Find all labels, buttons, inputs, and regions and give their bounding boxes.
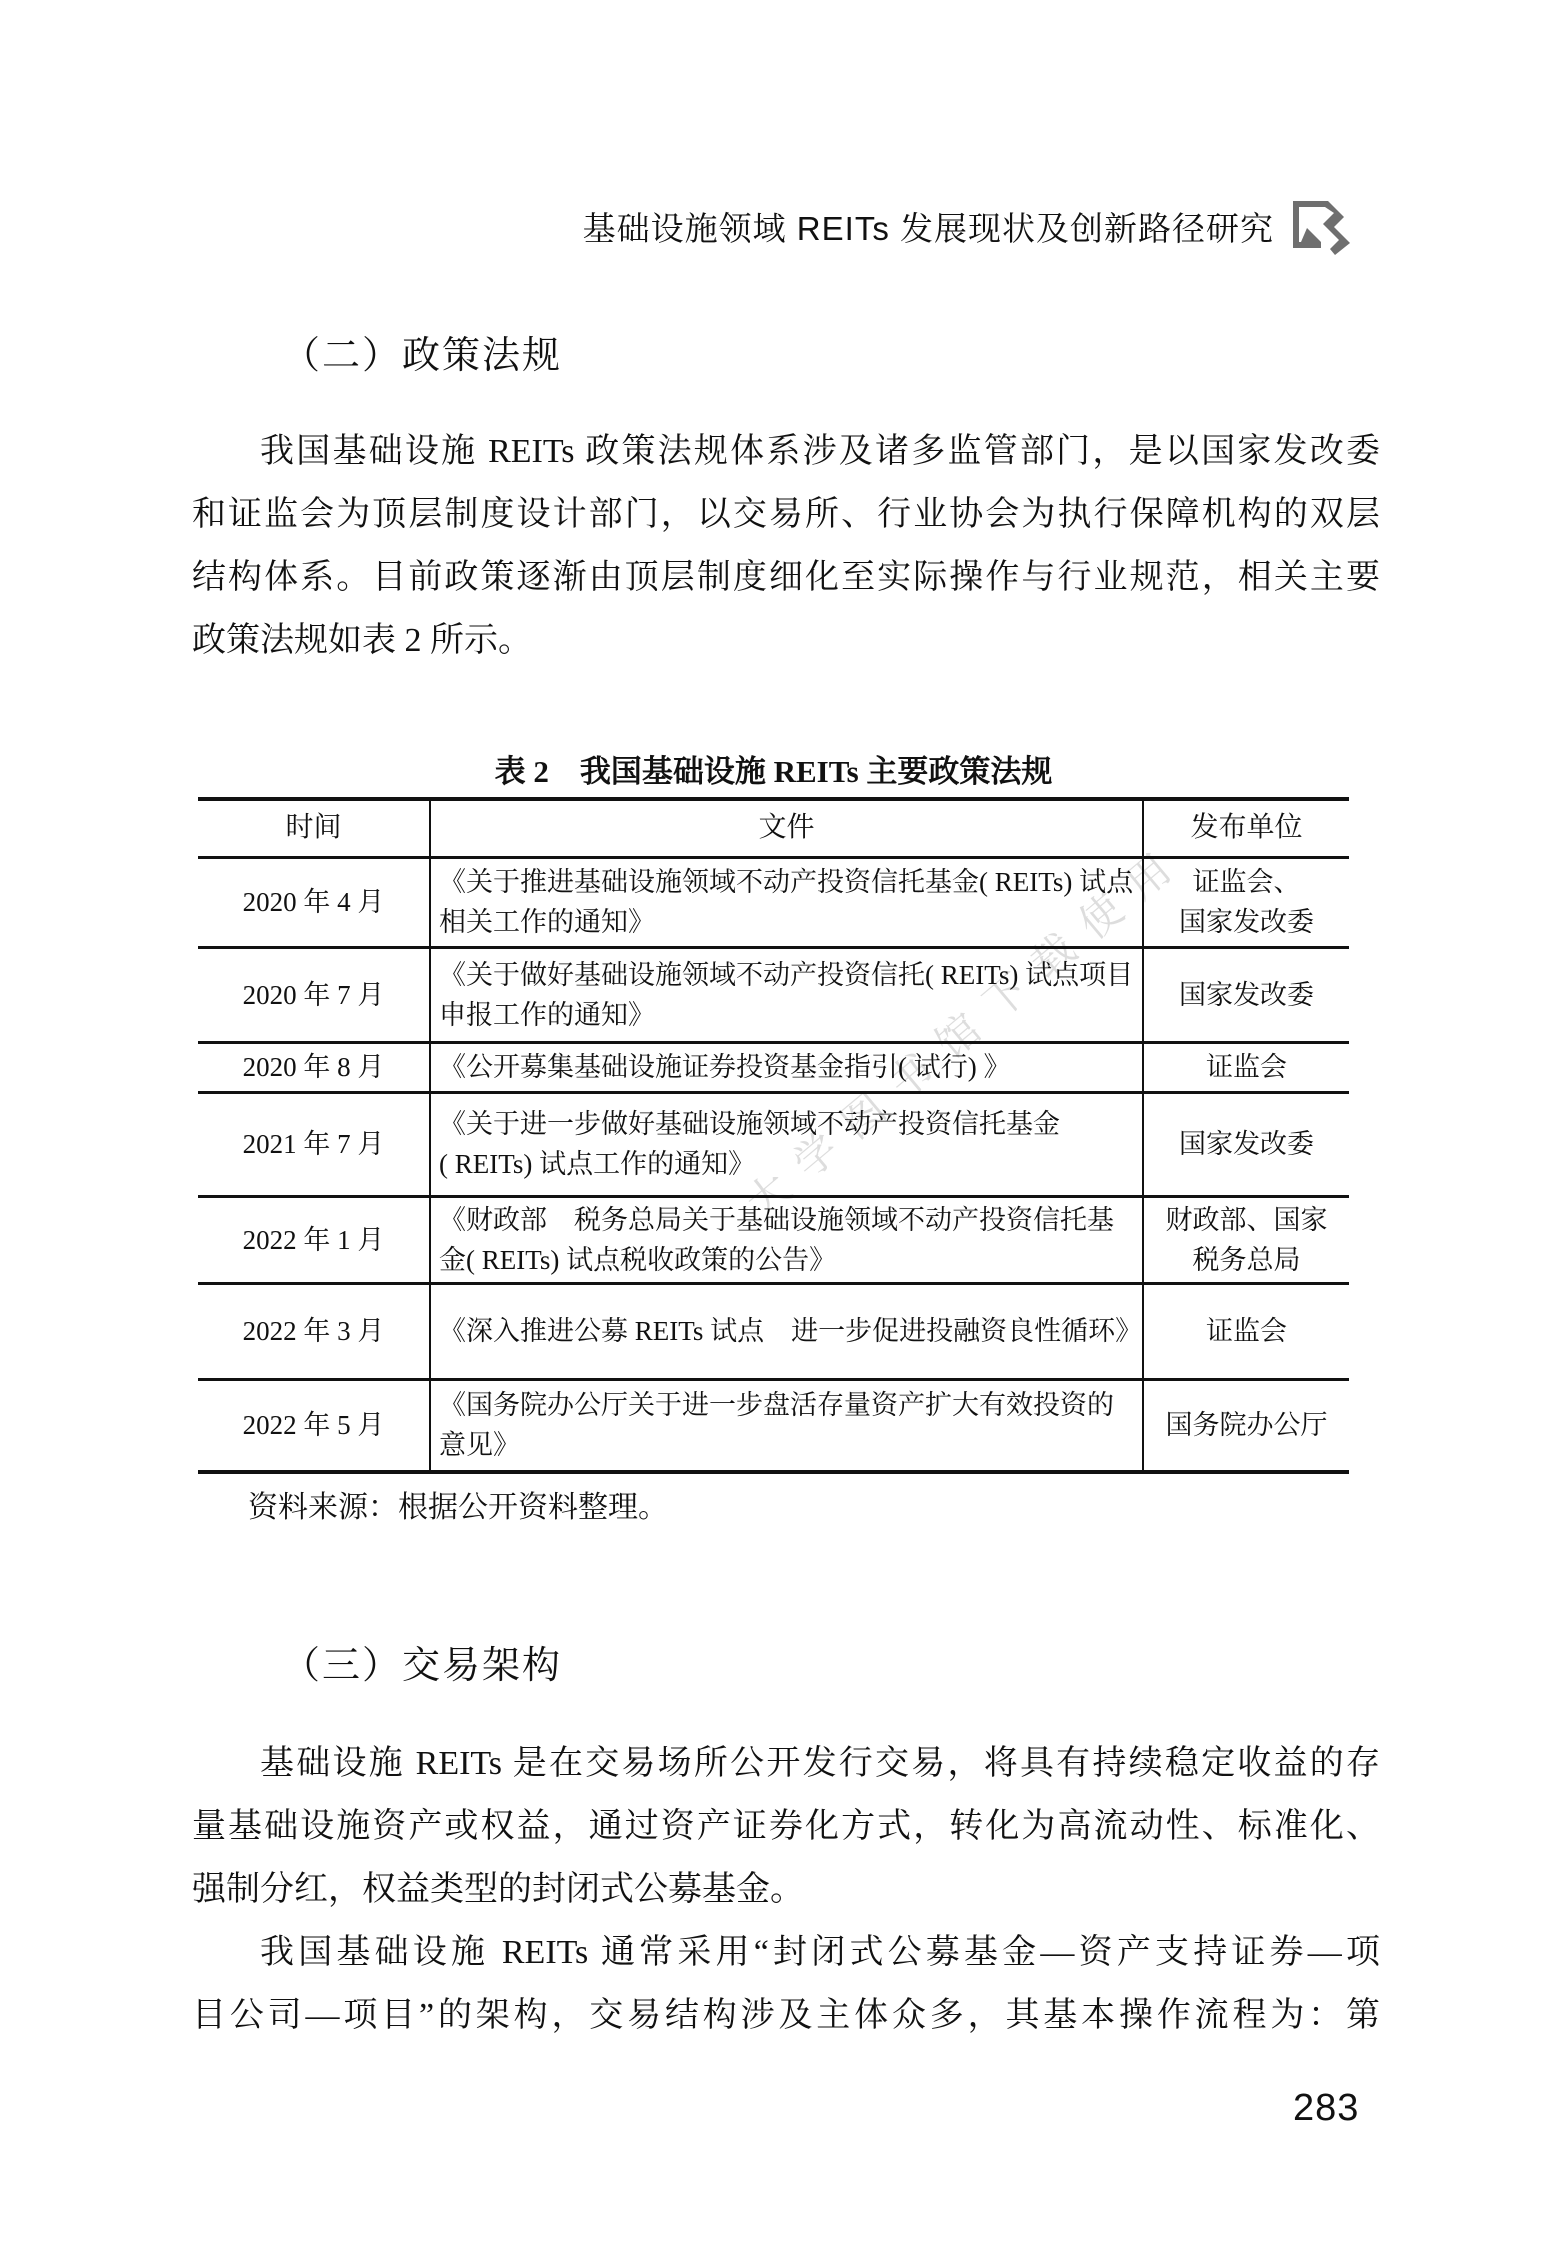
paragraph-line: 基础设施 REITs 是在交易场所公开发行交易，将具有持续稳定收益的存 <box>192 1732 1380 1795</box>
section-heading-policy: （二）政策法规 <box>192 324 1380 379</box>
cell-date: 2020 年 4 月 <box>198 857 430 947</box>
table-row: 2022 年 3 月 《深入推进公募 REITs 试点 进一步促进投融资良性循环… <box>198 1283 1349 1379</box>
table-caption: 表 2 我国基础设施 REITs 主要政策法规 <box>198 746 1349 791</box>
policy-table: 时间 文件 发布单位 2020 年 4 月 《关于推进基础设施领域不动产投资信托… <box>198 797 1349 1474</box>
paragraph-line: 我国基础设施 REITs 通常采用“封闭式公募基金—资产支持证券—项 <box>192 1921 1380 1984</box>
cell-publisher: 证监会 <box>1143 1042 1349 1092</box>
paragraph-line: 结构体系。目前政策逐渐由顶层制度细化至实际操作与行业规范，相关主要 <box>192 546 1380 609</box>
section-heading-structure: （三）交易架构 <box>192 1634 1380 1689</box>
table-row: 2021 年 7 月 《关于进一步做好基础设施领域不动产投资信托基金 ( REI… <box>198 1092 1349 1196</box>
table-row: 2022 年 1 月 《财政部 税务总局关于基础设施领域不动产投资信托基 金( … <box>198 1196 1349 1283</box>
column-header-publisher: 发布单位 <box>1143 799 1349 857</box>
cell-publisher: 国家发改委 <box>1143 1092 1349 1196</box>
cell-date: 2020 年 7 月 <box>198 947 430 1042</box>
table-row: 2020 年 7 月 《关于做好基础设施领域不动产投资信托( REITs) 试点… <box>198 947 1349 1042</box>
paragraph-policy: 我国基础设施 REITs 政策法规体系涉及诸多监管部门，是以国家发改委 和证监会… <box>192 420 1380 672</box>
cell-date: 2021 年 7 月 <box>198 1092 430 1196</box>
table-source-note: 资料来源：根据公开资料整理。 <box>192 1482 1380 1526</box>
paragraph-line: 政策法规如表 2 所示。 <box>192 609 1380 672</box>
running-header-title: 基础设施领域 REITs 发展现状及创新路径研究 <box>583 203 1274 250</box>
cell-document: 《公开募集基础设施证券投资基金指引( 试行) 》 <box>430 1042 1143 1092</box>
column-header-date: 时间 <box>198 799 430 857</box>
cell-publisher: 证监会 <box>1143 1283 1349 1379</box>
paragraph-line: 强制分红，权益类型的封闭式公募基金。 <box>192 1858 1380 1921</box>
cell-publisher: 证监会、 国家发改委 <box>1143 857 1349 947</box>
running-header: 基础设施领域 REITs 发展现状及创新路径研究 <box>192 196 1380 256</box>
publisher-logo-icon <box>1288 197 1352 255</box>
paragraph-line: 和证监会为顶层制度设计部门，以交易所、行业协会为执行保障机构的双层 <box>192 483 1380 546</box>
cell-date: 2020 年 8 月 <box>198 1042 430 1092</box>
table-row: 2020 年 4 月 《关于推进基础设施领域不动产投资信托基金( REITs) … <box>198 857 1349 947</box>
paragraph-structure-2: 我国基础设施 REITs 通常采用“封闭式公募基金—资产支持证券—项 目公司—项… <box>192 1921 1380 2047</box>
cell-publisher: 财政部、国家 税务总局 <box>1143 1196 1349 1283</box>
cell-date: 2022 年 1 月 <box>198 1196 430 1283</box>
cell-document: 《财政部 税务总局关于基础设施领域不动产投资信托基 金( REITs) 试点税收… <box>430 1196 1143 1283</box>
column-header-doc: 文件 <box>430 799 1143 857</box>
cell-publisher: 国务院办公厅 <box>1143 1379 1349 1472</box>
paragraph-line: 我国基础设施 REITs 政策法规体系涉及诸多监管部门，是以国家发改委 <box>192 420 1380 483</box>
book-page: 大学图书馆下载使用 基础设施领域 REITs 发展现状及创新路径研究 （二）政策… <box>0 0 1555 2244</box>
paragraph-line: 目公司—项目”的架构，交易结构涉及主体众多，其基本操作流程为：第 <box>192 1984 1380 2047</box>
cell-date: 2022 年 5 月 <box>198 1379 430 1472</box>
cell-document: 《关于推进基础设施领域不动产投资信托基金( REITs) 试点 相关工作的通知》 <box>430 857 1143 947</box>
table-header-row: 时间 文件 发布单位 <box>198 799 1349 857</box>
cell-date: 2022 年 3 月 <box>198 1283 430 1379</box>
cell-document: 《国务院办公厅关于进一步盘活存量资产扩大有效投资的 意见》 <box>430 1379 1143 1472</box>
paragraph-line: 量基础设施资产或权益，通过资产证券化方式，转化为高流动性、标准化、 <box>192 1795 1380 1858</box>
table-row: 2020 年 8 月 《公开募集基础设施证券投资基金指引( 试行) 》 证监会 <box>198 1042 1349 1092</box>
cell-publisher: 国家发改委 <box>1143 947 1349 1042</box>
cell-document: 《关于进一步做好基础设施领域不动产投资信托基金 ( REITs) 试点工作的通知… <box>430 1092 1143 1196</box>
table-row: 2022 年 5 月 《国务院办公厅关于进一步盘活存量资产扩大有效投资的 意见》… <box>198 1379 1349 1472</box>
cell-document: 《关于做好基础设施领域不动产投资信托( REITs) 试点项目 申报工作的通知》 <box>430 947 1143 1042</box>
cell-document: 《深入推进公募 REITs 试点 进一步促进投融资良性循环》 <box>430 1283 1143 1379</box>
page-number: 283 <box>1293 2087 1359 2130</box>
paragraph-structure-1: 基础设施 REITs 是在交易场所公开发行交易，将具有持续稳定收益的存 量基础设… <box>192 1732 1380 1921</box>
